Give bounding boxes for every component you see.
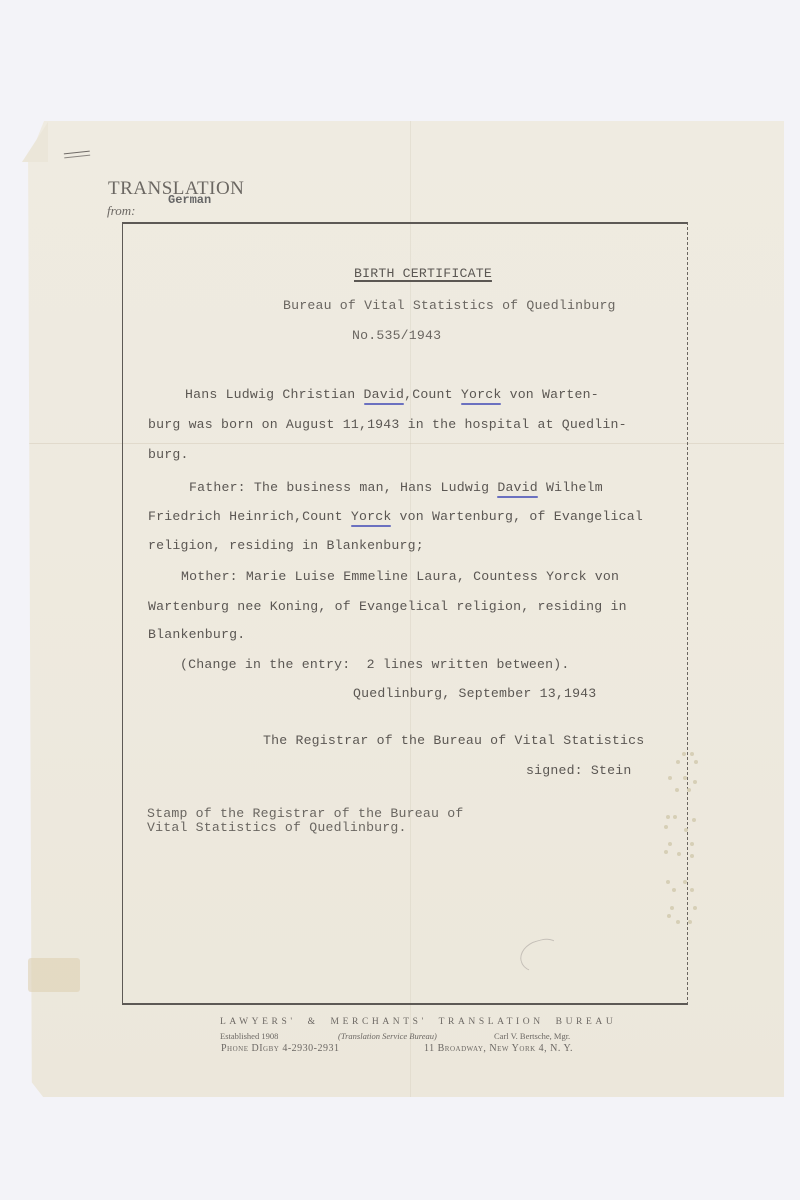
- certificate-title: BIRTH CERTIFICATE: [354, 266, 492, 281]
- change-note: (Change in the entry: 2 lines written be…: [180, 657, 569, 672]
- underlined-name-yorck: Yorck: [461, 387, 502, 402]
- father-line-2: Friedrich Heinrich,Count Yorck von Warte…: [148, 509, 643, 524]
- father-line-3: religion, residing in Blankenburg;: [148, 538, 424, 553]
- mother-line-3: Blankenburg.: [148, 627, 245, 642]
- stamp-note-line-1: Stamp of the Registrar of the Bureau of: [147, 807, 463, 821]
- source-language: German: [168, 193, 211, 207]
- underlined-name-yorck: Yorck: [351, 509, 392, 524]
- text-segment: von Warten-: [501, 387, 598, 402]
- text-segment: ,Count: [404, 387, 461, 402]
- from-label: from:: [107, 203, 135, 219]
- child-line-1: Hans Ludwig Christian David,Count Yorck …: [185, 387, 599, 402]
- bureau-name: Bureau of Vital Statistics of Quedlinbur…: [283, 298, 616, 313]
- registrar-title: The Registrar of the Bureau of Vital Sta…: [263, 733, 644, 748]
- text-segment: Hans Ludwig Christian: [185, 387, 364, 402]
- father-line-1: Father: The business man, Hans Ludwig Da…: [189, 480, 603, 495]
- footer-company-name: LAWYERS' & MERCHANTS' TRANSLATION BUREAU: [220, 1017, 616, 1027]
- footer-phone: Phone DIgby 4-2930-2931: [221, 1043, 340, 1054]
- footer-subtitle: (Translation Service Bureau): [338, 1031, 437, 1041]
- child-line-3: burg.: [148, 447, 189, 462]
- underlined-name-david: David: [364, 387, 405, 402]
- child-line-2: burg was born on August 11,1943 in the h…: [148, 417, 627, 432]
- footer-address: 11 Broadway, New York 4, N. Y.: [424, 1043, 573, 1054]
- place-and-date: Quedlinburg, September 13,1943: [353, 686, 596, 701]
- underlined-name-david: David: [497, 480, 538, 495]
- text-segment: von Wartenburg, of Evangelical: [391, 509, 643, 524]
- text-segment: Wilhelm: [538, 480, 603, 495]
- text-segment: Father: The business man, Hans Ludwig: [189, 480, 497, 495]
- certificate-number: No.535/1943: [352, 328, 441, 343]
- stamp-note-line-2: Vital Statistics of Quedlinburg.: [147, 821, 407, 835]
- footer-established: Established 1908: [220, 1031, 278, 1041]
- footer-manager: Carl V. Bertsche, Mgr.: [494, 1031, 570, 1041]
- signature-line: signed: Stein: [526, 763, 631, 778]
- text-segment: Friedrich Heinrich,Count: [148, 509, 351, 524]
- paper-stain: [28, 958, 80, 992]
- mother-line-1: Mother: Marie Luise Emmeline Laura, Coun…: [181, 569, 619, 584]
- mother-line-2: Wartenburg nee Koning, of Evangelical re…: [148, 599, 627, 614]
